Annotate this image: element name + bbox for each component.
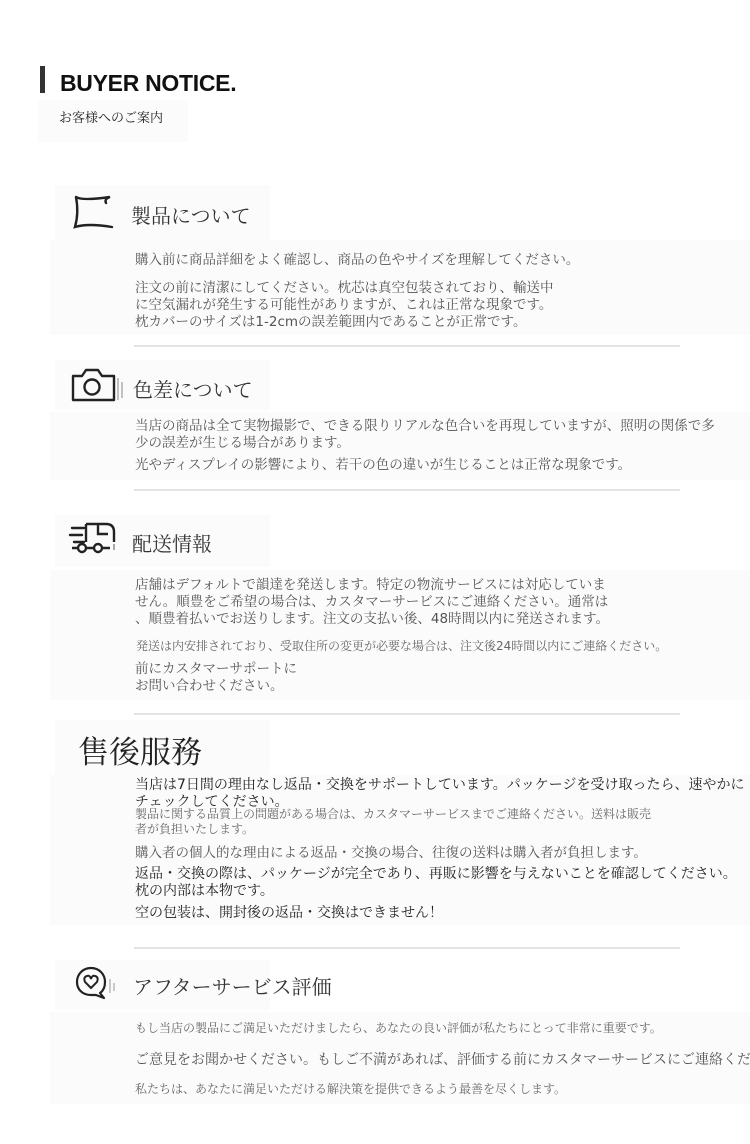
paragraph: 当店は7日間の理由なし返品・交換をサポートしています。パッケージを受け取ったら、…: [135, 777, 745, 811]
paragraph: 注文の前に清潔にしてください。枕芯は真空包装されており、輸送中 に空気漏れが発生…: [135, 280, 554, 331]
paragraph: 製品に関する品質上の問題がある場合は、カスタマーサービスまでご連絡ください。送料…: [135, 807, 651, 837]
section-title-shipping: 配送情報: [132, 528, 212, 557]
text-line: 少の誤差が生じる場合があります。: [135, 435, 715, 452]
text-line: 枕の内部は本物です。: [135, 883, 737, 900]
text-line: 前にカスタマーサポートに: [135, 661, 297, 678]
paragraph: 返品・交換の際は、パッケージが完全であり、再販に影響を与えないことを確認してくだ…: [135, 866, 737, 900]
pillow-icon: [70, 193, 118, 233]
text-line: お問い合わせください。: [135, 678, 297, 695]
paragraph: 前にカスタマーサポートに お問い合わせください。: [135, 661, 297, 695]
page-title: BUYER NOTICE.: [60, 70, 236, 97]
text-line: 発送は内安排されており、受取住所の変更が必要な場合は、注文後24時間以内にご連絡…: [136, 639, 667, 654]
text-line: 購入前に商品詳細をよく確認し、商品の色やサイズを理解してください。: [135, 252, 579, 269]
paragraph: ご意見をお聞かせください。もしご不満があれば、評価する前にカスタマーサービスにご…: [135, 1052, 750, 1069]
page-subtitle: お客様へのご案内: [59, 107, 163, 126]
section-divider: [134, 345, 680, 347]
text-line: 光やディスプレイの影響により、若干の色の違いが生じることは正常な現象です。: [135, 457, 631, 474]
section-divider: [134, 489, 680, 491]
text-line: 購入者の個人的な理由による返品・交換の場合、往復の送料は購入者が負担します。: [135, 845, 647, 862]
text-line: せん。順豊をご希望の場合は、カスタマーサービスにご連絡ください。通常は: [135, 594, 609, 611]
section-title-review: アフターサービス評価: [133, 971, 332, 1000]
header-accent-bar: [40, 66, 45, 93]
section-title-color: 色差について: [133, 374, 253, 403]
text-line: ご意見をお聞かせください。もしご不満があれば、評価する前にカスタマーサービスにご…: [135, 1052, 750, 1069]
heart-chat-icon: [74, 965, 122, 1001]
section-title-product: 製品について: [131, 200, 251, 229]
text-line: 当店の商品は全て実物撮影で、できる限りリアルな色合いを再現していますが、照明の関…: [135, 418, 715, 435]
text-line: 注文の前に清潔にしてください。枕芯は真空包装されており、輸送中: [135, 280, 554, 297]
text-line: 空の包装は、開封後の返品・交換はできません！: [135, 905, 443, 922]
text-line: もし当店の製品にご満足いただけましたら、あなたの良い評価が私たちにとって非常に重…: [135, 1021, 662, 1036]
paragraph: 私たちは、あなたに満足いただける解決策を提供できるよう最善を尽くします。: [135, 1082, 566, 1097]
text-line: 私たちは、あなたに満足いただける解決策を提供できるよう最善を尽くします。: [135, 1082, 566, 1097]
text-line: 者が負担いたします。: [135, 822, 651, 837]
section-divider: [134, 947, 680, 949]
text-line: に空気漏れが発生する可能性がありますが、これは正常な現象です。: [135, 297, 554, 314]
delivery-truck-icon: [68, 520, 124, 556]
paragraph: 店舗はデフォルトで韻達を発送します。特定の物流サービスには対応していま せん。順…: [135, 577, 609, 628]
paragraph: 購入者の個人的な理由による返品・交換の場合、往復の送料は購入者が負担します。: [135, 845, 647, 862]
text-line: 、順豊着払いでお送りします。注文の支払い後、48時間以内に発送されます。: [135, 611, 609, 628]
text-line: 店舗はデフォルトで韻達を発送します。特定の物流サービスには対応していま: [135, 577, 609, 594]
text-line: 返品・交換の際は、パッケージが完全であり、再販に影響を与えないことを確認してくだ…: [135, 866, 737, 883]
section-divider: [134, 713, 680, 715]
paragraph: 購入前に商品詳細をよく確認し、商品の色やサイズを理解してください。: [135, 252, 579, 269]
camera-icon: [70, 366, 126, 404]
text-line: 枕カバーのサイズは1-2cmの誤差範囲内であることが正常です。: [135, 314, 554, 331]
paragraph: 空の包装は、開封後の返品・交換はできません！: [135, 905, 443, 922]
paragraph: 発送は内安排されており、受取住所の変更が必要な場合は、注文後24時間以内にご連絡…: [136, 639, 667, 654]
paragraph: 当店の商品は全て実物撮影で、できる限りリアルな色合いを再現していますが、照明の関…: [135, 418, 715, 452]
paragraph: 光やディスプレイの影響により、若干の色の違いが生じることは正常な現象です。: [135, 457, 631, 474]
text-line: 製品に関する品質上の問題がある場合は、カスタマーサービスまでご連絡ください。送料…: [135, 807, 651, 822]
section-title-after-sales: 售後服務: [78, 727, 202, 772]
text-line: 当店は7日間の理由なし返品・交換をサポートしています。パッケージを受け取ったら、…: [135, 777, 745, 794]
paragraph: もし当店の製品にご満足いただけましたら、あなたの良い評価が私たちにとって非常に重…: [135, 1021, 662, 1036]
